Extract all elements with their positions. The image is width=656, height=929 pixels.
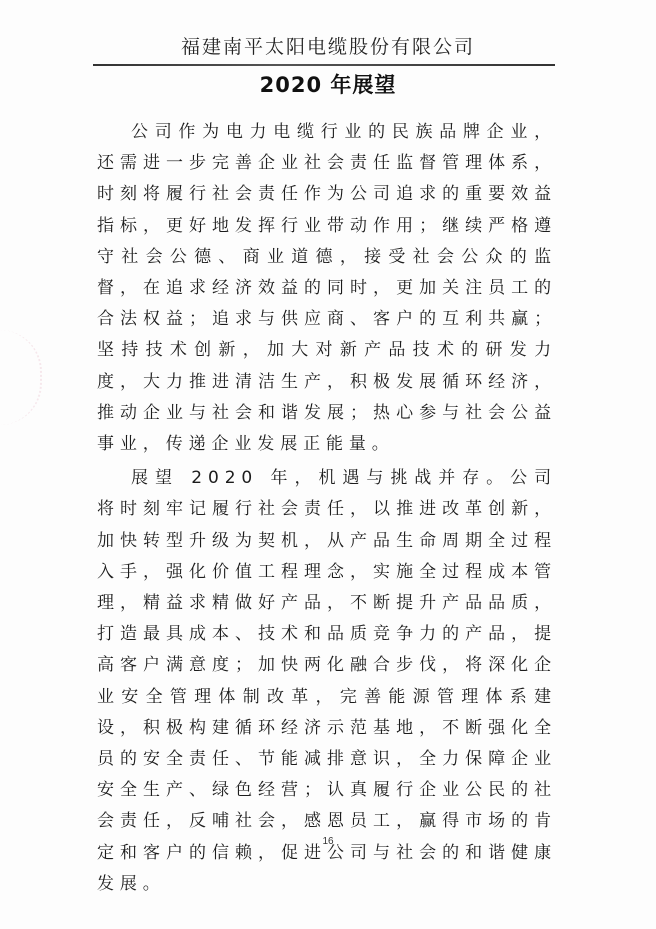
document-page: 福建南平太阳电缆股份有限公司 2020 年展望 公司作为电力电缆行业的民族品牌企… (0, 0, 656, 929)
header-divider (93, 64, 555, 66)
paragraph-2: 展望 2020 年，机遇与挑战并存。公司将时刻牢记履行社会责任，以推进改革创新，… (97, 463, 557, 900)
page-title: 2020 年展望 (0, 72, 656, 98)
page-number: 16 (0, 836, 656, 847)
seal-stamp-mark (0, 330, 42, 425)
header-company-name: 福建南平太阳电缆股份有限公司 (0, 36, 656, 58)
paragraph-1: 公司作为电力电缆行业的民族品牌企业，还需进一步完善企业社会责任监督管理体系，时刻… (97, 117, 557, 460)
body-text: 公司作为电力电缆行业的民族品牌企业，还需进一步完善企业社会责任监督管理体系，时刻… (97, 117, 557, 900)
